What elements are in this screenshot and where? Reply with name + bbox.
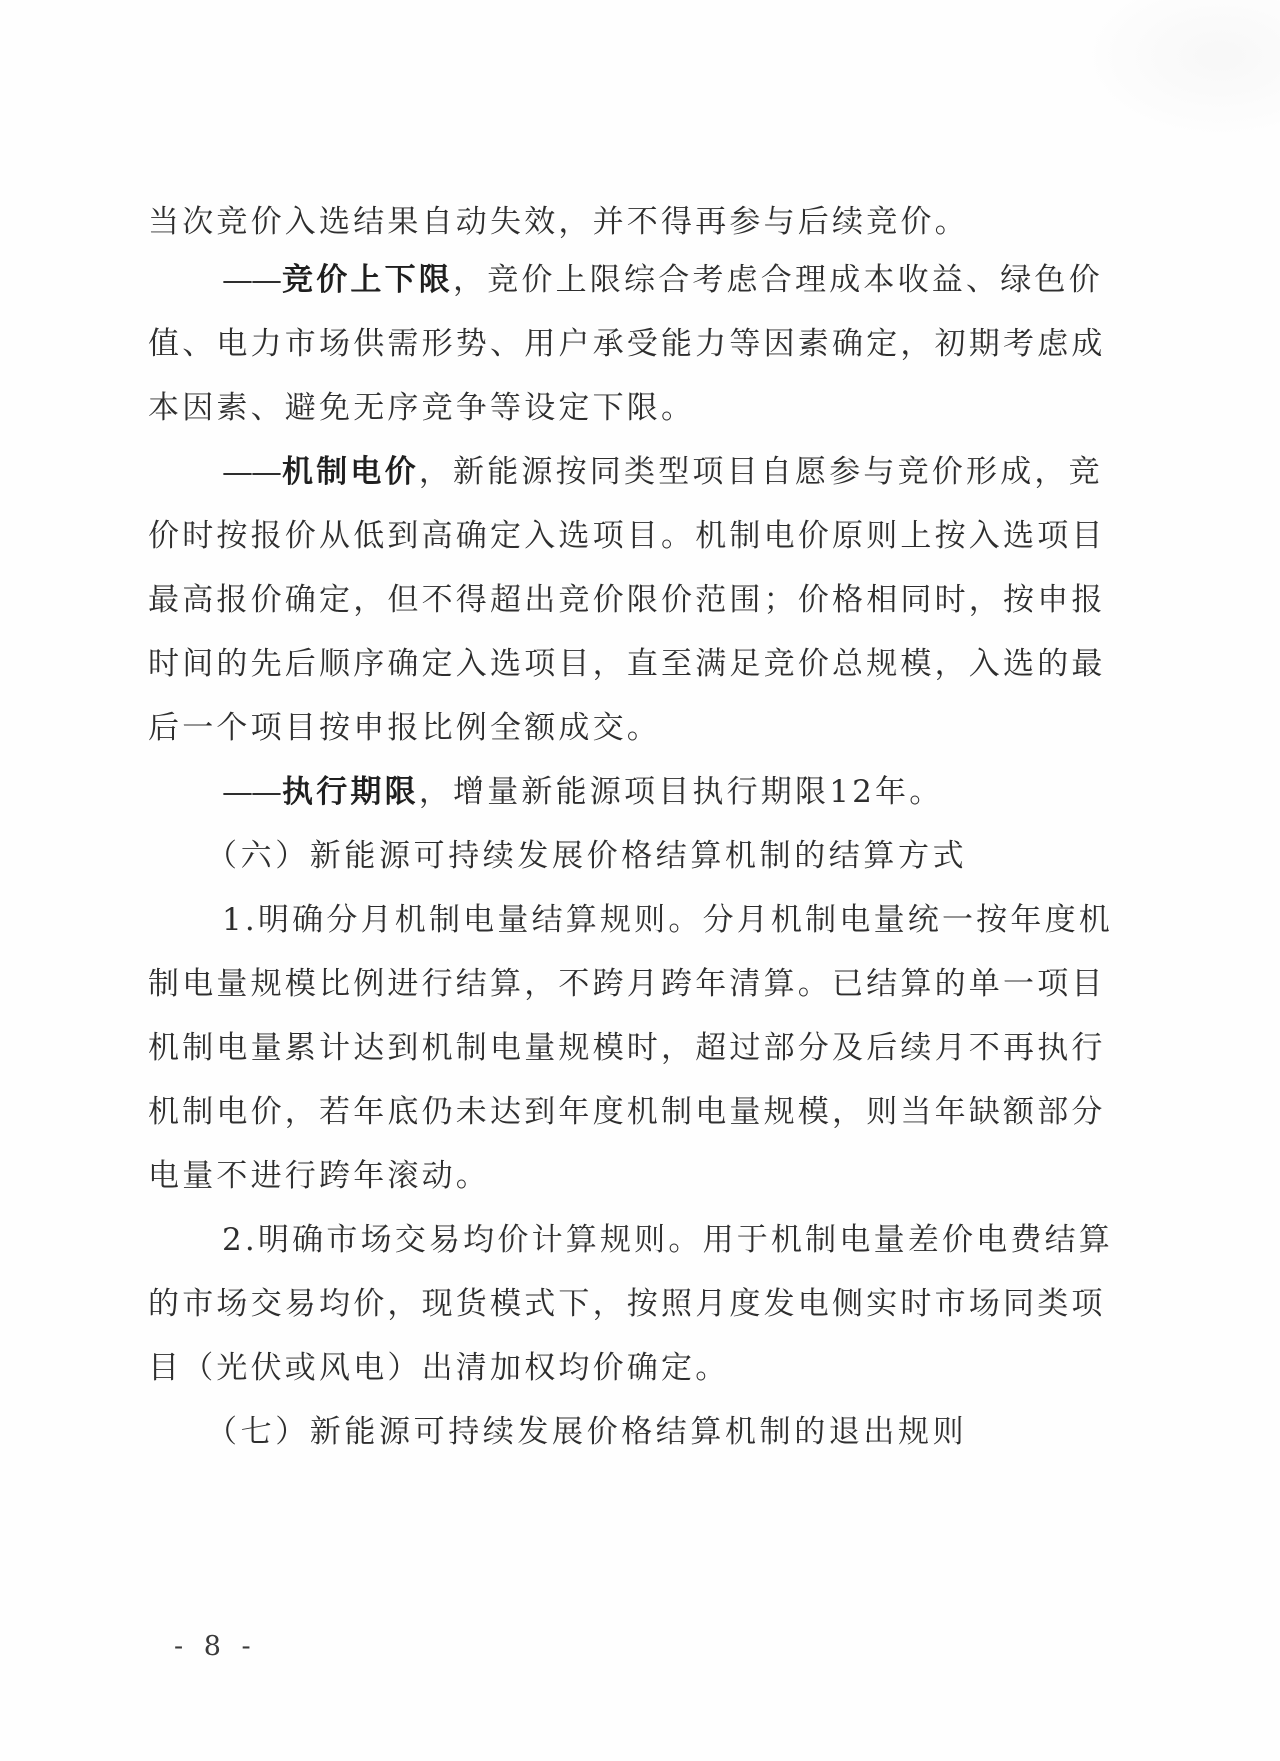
paragraph-line: 的市场交易均价，现货模式下，按照月度发电侧实时市场同类项 [148,1278,1128,1330]
section-heading: （六）新能源可持续发展价格结算机制的结算方式 [206,830,1186,882]
line-text: 时间的先后顺序确定入选项目，直至满足竞价总规模，入选的最 [148,646,1106,682]
paragraph-line: 本因素、避免无序竞争等设定下限。 [148,382,1128,434]
paragraph-line: 目（光伏或风电）出清加权均价确定。 [148,1342,1128,1394]
em-dash: —— [222,262,280,298]
line-text: 2.明确市场交易均价计算规则。用于机制电量差价电费结算 [222,1222,1113,1258]
line-text: 值、电力市场供需形势、用户承受能力等因素确定，初期考虑成 [148,326,1106,362]
line-text: 1.明确分月机制电量结算规则。分月机制电量统一按年度机 [222,902,1113,938]
paragraph-line: 时间的先后顺序确定入选项目，直至满足竞价总规模，入选的最 [148,638,1128,690]
bold-term: 机制电价 [282,454,419,490]
paragraph-line: 当次竞价入选结果自动失效，并不得再参与后续竞价。 [148,196,1128,248]
heading-text: （六）新能源可持续发展价格结算机制的结算方式 [206,838,967,874]
paragraph-line: ——机制电价，新能源按同类型项目自愿参与竞价形成，竞 [222,446,1202,498]
line-text: 最高报价确定，但不得超出竞价限价范围；价格相同时，按申报 [148,582,1106,618]
em-dash: —— [222,454,280,490]
line-text: ，增量新能源项目执行期限12年。 [419,774,944,810]
paragraph-line: 值、电力市场供需形势、用户承受能力等因素确定，初期考虑成 [148,318,1128,370]
line-text: 当次竞价入选结果自动失效，并不得再参与后续竞价。 [148,204,969,240]
section-heading: （七）新能源可持续发展价格结算机制的退出规则 [206,1406,1186,1458]
paragraph-line: 最高报价确定，但不得超出竞价限价范围；价格相同时，按申报 [148,574,1128,626]
page-number: - 8 - [174,1627,257,1667]
line-text: 的市场交易均价，现货模式下，按照月度发电侧实时市场同类项 [148,1286,1106,1322]
document-page: 当次竞价入选结果自动失效，并不得再参与后续竞价。 ——竞价上下限，竞价上限综合考… [0,0,1280,1761]
line-text: 机制电价，若年底仍未达到年度机制电量规模，则当年缺额部分 [148,1094,1106,1130]
line-text: ，竞价上限综合考虑合理成本收益、绿色价 [453,262,1103,298]
line-text: 本因素、避免无序竞争等设定下限。 [148,390,695,426]
paragraph-line: 机制电量累计达到机制电量规模时，超过部分及后续月不再执行 [148,1022,1128,1074]
em-dash: —— [222,774,280,810]
paragraph-line: 机制电价，若年底仍未达到年度机制电量规模，则当年缺额部分 [148,1086,1128,1138]
line-text: 电量不进行跨年滚动。 [148,1158,490,1194]
paragraph-line: 1.明确分月机制电量结算规则。分月机制电量统一按年度机 [222,894,1202,946]
line-text: ，新能源按同类型项目自愿参与竞价形成，竞 [419,454,1103,490]
paragraph-line: 后一个项目按申报比例全额成交。 [148,702,1128,754]
scan-bleed-through [1080,0,1280,140]
paragraph-line: ——执行期限，增量新能源项目执行期限12年。 [222,766,1202,818]
bold-term: 竞价上下限 [282,262,453,298]
bold-term: 执行期限 [282,774,419,810]
line-text: 后一个项目按申报比例全额成交。 [148,710,661,746]
paragraph-line: 电量不进行跨年滚动。 [148,1150,1128,1202]
line-text: 制电量规模比例进行结算，不跨月跨年清算。已结算的单一项目 [148,966,1106,1002]
heading-text: （七）新能源可持续发展价格结算机制的退出规则 [206,1414,967,1450]
line-text: 机制电量累计达到机制电量规模时，超过部分及后续月不再执行 [148,1030,1106,1066]
line-text: 价时按报价从低到高确定入选项目。机制电价原则上按入选项目 [148,518,1106,554]
line-text: 目（光伏或风电）出清加权均价确定。 [148,1350,729,1386]
paragraph-line: 2.明确市场交易均价计算规则。用于机制电量差价电费结算 [222,1214,1202,1266]
paragraph-line: 价时按报价从低到高确定入选项目。机制电价原则上按入选项目 [148,510,1128,562]
paragraph-line: ——竞价上下限，竞价上限综合考虑合理成本收益、绿色价 [222,254,1202,306]
paragraph-line: 制电量规模比例进行结算，不跨月跨年清算。已结算的单一项目 [148,958,1128,1010]
